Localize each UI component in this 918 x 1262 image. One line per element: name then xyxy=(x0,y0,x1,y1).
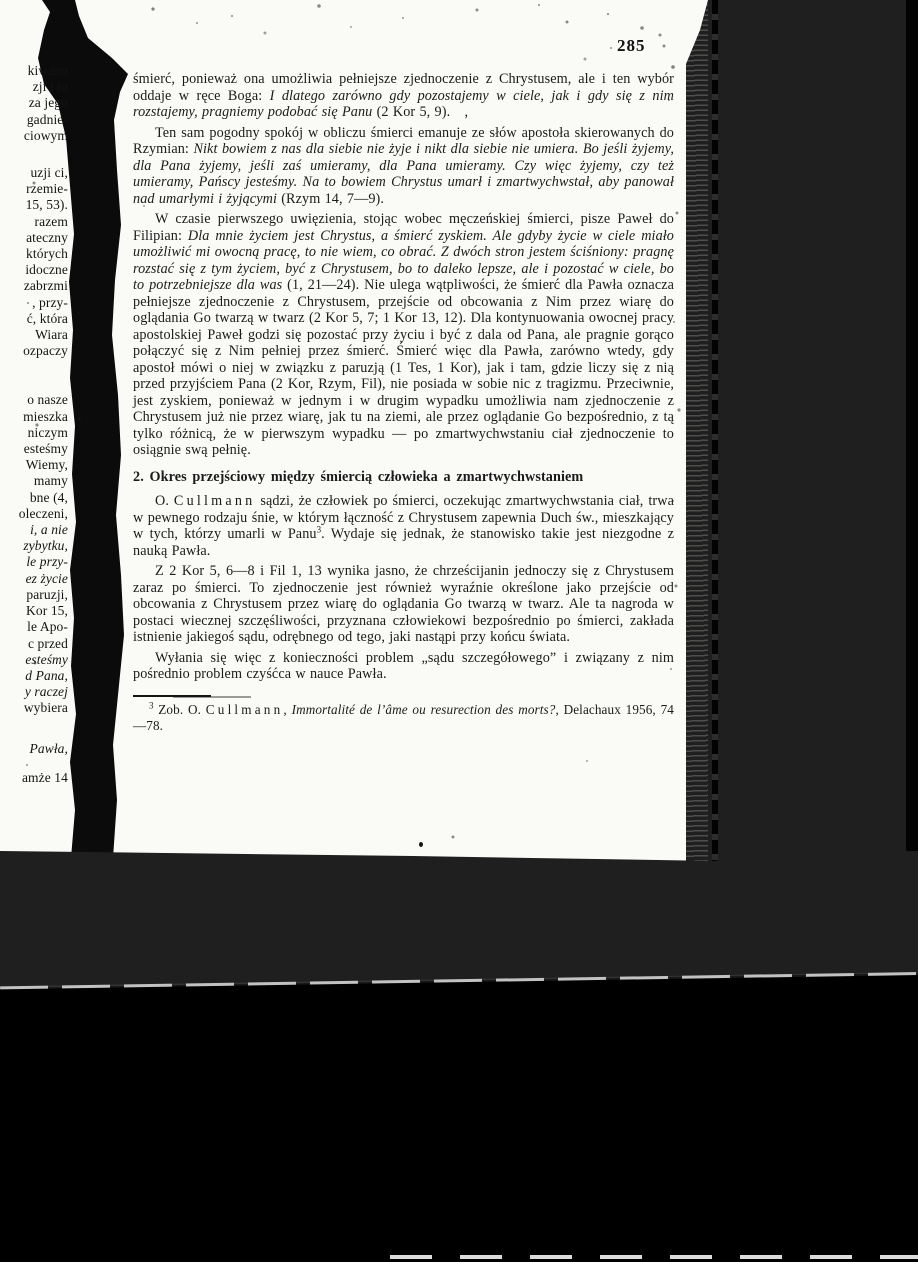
fragment-line: o nasze xyxy=(0,392,68,408)
scanned-book-page: kiwanozji i toza jegogadnie-ciowymuzji c… xyxy=(0,0,918,1262)
fragment-line: y raczej xyxy=(0,684,68,700)
text-segment: Zob. O. xyxy=(154,702,206,717)
fragment-line: , przy- xyxy=(0,295,68,311)
fragment-line: za jego xyxy=(0,95,68,111)
fragment-line: ozpaczy xyxy=(0,343,68,359)
fragment-line: gadnie- xyxy=(0,112,68,128)
fragment-line: Pawła, xyxy=(0,741,68,757)
paragraph: Z 2 Kor 5, 6—8 i Fil 1, 13 wynika jasno,… xyxy=(133,563,674,646)
footnote-separator xyxy=(133,695,211,698)
fragment-group: amże 14 xyxy=(0,770,68,786)
page-number: 285 xyxy=(617,36,646,56)
fragment-line: rzemie- xyxy=(0,181,68,197)
text-segment: Nikt bowiem z nas dla siebie nie żyje i … xyxy=(133,141,674,207)
fragment-line: i, a nie xyxy=(0,522,68,538)
fragment-line: kiwano xyxy=(0,63,68,79)
fragment-line: Wiara xyxy=(0,327,68,343)
paragraph: Ten sam pogodny spokój w obliczu śmierci… xyxy=(133,125,674,208)
fragment-group: o naszemieszkaniczymesteśmyWiemy,mamybne… xyxy=(0,392,68,716)
main-text-column: śmierć, ponieważ ona umożliwia pełniejsz… xyxy=(133,71,674,734)
fragment-group: uzji ci,rzemie-15, 53).razematecznyktóry… xyxy=(0,165,68,359)
paragraph: Wyłania się więc z konieczności problem … xyxy=(133,650,674,683)
fragment-line: niczym xyxy=(0,425,68,441)
fragment-line: Wiemy, xyxy=(0,457,68,473)
text-segment: Wyłania się więc z konieczności problem … xyxy=(133,650,674,683)
text-segment: Immortalité de l’âme ou resurection des … xyxy=(292,702,556,717)
fragment-line: zybytku, xyxy=(0,538,68,554)
text-segment: Cullmann xyxy=(206,702,284,717)
fragment-line: uzji ci, xyxy=(0,165,68,181)
text-segment: O. xyxy=(155,493,174,509)
text-segment: Cullmann xyxy=(174,493,256,509)
bottom-edge-dashes xyxy=(390,1255,918,1259)
fragment-line: ciowym xyxy=(0,128,68,144)
facing-page-text-fragments: kiwanozji i toza jegogadnie-ciowymuzji c… xyxy=(0,63,68,786)
fragment-line: esteśmy xyxy=(0,652,68,668)
scan-background-lower xyxy=(0,846,918,988)
fragment-line: idoczne xyxy=(0,262,68,278)
paragraph: śmierć, ponieważ ona umożliwia pełniejsz… xyxy=(133,71,674,121)
fragment-line: ć, która xyxy=(0,311,68,327)
fragment-line: amże 14 xyxy=(0,770,68,786)
fragment-line: ateczny xyxy=(0,230,68,246)
text-segment: (1, 21—24). Nie ulega wątpliwości, że śm… xyxy=(133,277,674,458)
book-edge-streak xyxy=(712,0,718,864)
fragment-line: ez życie xyxy=(0,571,68,587)
fragment-line: oleczeni, xyxy=(0,506,68,522)
fragment-group: Pawła, xyxy=(0,741,68,757)
fragment-line: wybiera xyxy=(0,700,68,716)
ink-dot xyxy=(419,842,423,847)
fragment-line: paruzji, xyxy=(0,587,68,603)
text-segment: , xyxy=(283,702,291,717)
fragment-line: Kor 15, xyxy=(0,603,68,619)
book-edge-right xyxy=(686,0,918,864)
scan-noise-speckles xyxy=(0,0,2,2)
fragment-line: bne (4, xyxy=(0,490,68,506)
fragment-line: zji i to xyxy=(0,79,68,95)
fragment-line: mieszka xyxy=(0,409,68,425)
fragment-line: le Apo- xyxy=(0,619,68,635)
text-segment: Z 2 Kor 5, 6—8 i Fil 1, 13 wynika jasno,… xyxy=(133,563,674,645)
fragment-line: esteśmy xyxy=(0,441,68,457)
fragment-group: kiwanozji i toza jegogadnie-ciowym xyxy=(0,63,68,144)
paragraph: W czasie pierwszego uwięzienia, stojąc w… xyxy=(133,211,674,459)
footnote: 3 Zob. O. Cullmann, Immortalité de l’âme… xyxy=(133,702,674,734)
text-segment: (2 Kor 5, 9). , xyxy=(372,104,468,120)
fragment-line: zabrzmi xyxy=(0,278,68,294)
body-text: śmierć, ponieważ ona umożliwia pełniejsz… xyxy=(133,71,674,683)
scan-background-black xyxy=(0,970,918,1262)
fragment-line: 15, 53). xyxy=(0,197,68,213)
fragment-line: le przy- xyxy=(0,554,68,570)
fragment-line: d Pana, xyxy=(0,668,68,684)
text-segment: 2. Okres przejściowy między śmiercią czł… xyxy=(133,469,583,485)
paragraph: O. Cullmann sądzi, że człowiek po śmierc… xyxy=(133,493,674,559)
fragment-line: razem xyxy=(0,214,68,230)
fragment-line: których xyxy=(0,246,68,262)
text-segment: (Rzym 14, 7—9). xyxy=(277,191,384,207)
fragment-line: mamy xyxy=(0,473,68,489)
fragment-line: c przed xyxy=(0,636,68,652)
section-heading: 2. Okres przejściowy między śmiercią czł… xyxy=(133,469,674,486)
